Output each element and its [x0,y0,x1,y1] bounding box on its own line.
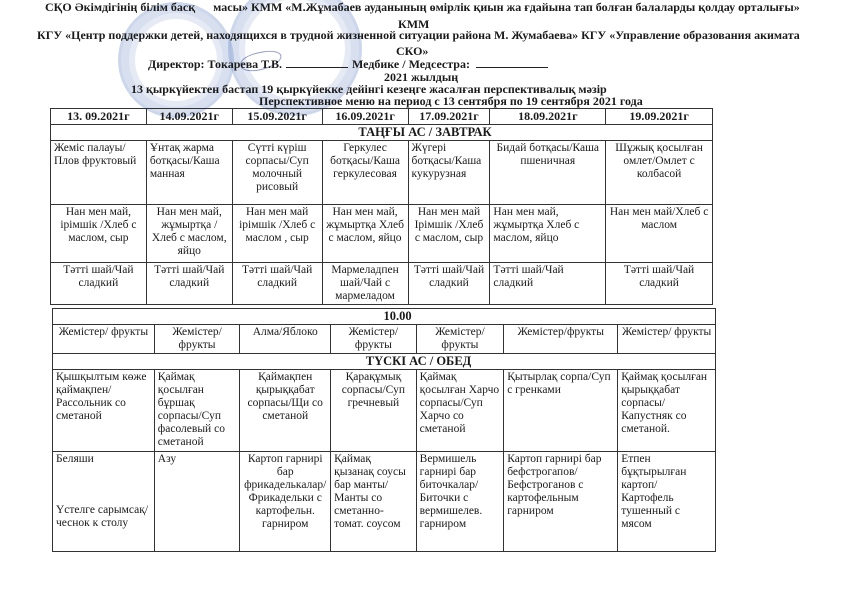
menu-cell: Қаймақ қосылған Харчо сорпасы/Суп Харчо … [416,370,504,452]
section-title: 10.00 [53,309,716,325]
menu-cell: Нан мен май, ірімшік /Хлеб с маслом, сыр [51,205,147,263]
menu-cell: Қаймақ қосылған қырыққабат сорпасы/ Капу… [618,370,716,452]
table-row: Қышқылтым көже қаймақпен/ Рассольник со … [53,370,716,452]
menu-cell: Нан мен май ірімшік /Хлеб с маслом , сыр [232,205,322,263]
menu-cell: Нан мен май, жұмыртқа Хлеб с маслом, яйц… [490,205,606,263]
menu-cell: Азу [154,452,240,552]
menu-cell: Ұнтақ жарма ботқасы/Каша манная [146,141,232,205]
menu-cell: Нан мен май Ірімшік /Хлеб с маслом, сыр [408,205,490,263]
menu-cell: Тәтті шай/Чай сладкий [51,263,147,305]
menu-cell: Жүгері ботқасы/Каша кукурузная [408,141,490,205]
breakfast-section-header: ТАҢҒЫ АС / ЗАВТРАК [51,125,713,141]
menu-cell: Картоп гарнирі бар фрикаделькалар/Фрикад… [240,452,331,552]
menu-cell: Қаймақ қызанақ соусы бар манты/Манты со … [331,452,417,552]
section-title: ТҮСКІ АС / ОБЕД [53,354,716,370]
table-row: Беляши Үстелге сарымсақ/ чеснок к столу … [53,452,716,552]
menu-cell: Бидай ботқасы/Каша пшеничная [490,141,606,205]
date-cell: 13. 09.2021г [51,109,147,125]
menu-cell: Қарақұмық сорпасы/Суп гречневый [331,370,417,452]
menu-cell: Тәтті шай/Чай сладкий [232,263,322,305]
header-sko: СКО» [396,44,428,58]
menu-cell: Нан мен май, жұмыртқа /Хлеб с маслом, яй… [146,205,232,263]
date-cell: 18.09.2021г [490,109,606,125]
menu-cell: Қаймақ қосылған бұршақ сорпасы/Суп фасол… [154,370,240,452]
header-org-ru: КГУ «Центр поддержки детей, находящихся … [37,28,800,42]
menu-cell: Нан мен май/Хлеб с маслом [606,205,713,263]
header-org-kz: СҚО Әкімдігінің білім басқмасы» КММ «М.Ж… [45,0,800,14]
snack-section-header: 10.00 [53,309,716,325]
menu-title-ru: Перспективное меню на период с 13 сентяб… [259,94,643,108]
menu-cell: Сүтті күріш сорпасы/Суп молочный рисовый [232,141,322,205]
breakfast-table: 13. 09.2021г 14.09.2021г 15.09.2021г 16.… [50,108,713,305]
menu-cell: Тәтті шай/Чай сладкий [146,263,232,305]
menu-cell: Нан мен май, жұмыртқа Хлеб с маслом, яйц… [322,205,408,263]
table-row: Тәтті шай/Чай сладкий Тәтті шай/Чай слад… [51,263,713,305]
menu-cell: Жемістер/ фрукты [154,325,240,354]
menu-cell: Шұжық қосылған омлет/Омлет с колбасой [606,141,713,205]
menu-cell: Тәтті шай/Чай сладкий [606,263,713,305]
date-cell: 17.09.2021г [408,109,490,125]
snack-lunch-table: 10.00 Жемістер/ фрукты Жемістер/ фрукты … [52,308,716,552]
menu-cell: Жемістер/ фрукты [53,325,155,354]
menu-cell: Мармеладпен шай/Чай с мармеладом [322,263,408,305]
menu-cell: Қаймақпен қырыққабат сорпасы/Щи со смета… [240,370,331,452]
menu-cell: Тәтті шай/Чай сладкий [490,263,606,305]
date-header-row: 13. 09.2021г 14.09.2021г 15.09.2021г 16.… [51,109,713,125]
menu-cell: Жемістер/ фрукты [618,325,716,354]
nurse-label: Медбике / Медсестра: [352,57,470,71]
menu-cell: Алма/Яблоко [240,325,331,354]
date-cell: 15.09.2021г [232,109,322,125]
table-row: Нан мен май, ірімшік /Хлеб с маслом, сыр… [51,205,713,263]
approval-line: Директор: Токарева Т.В.Медбике / Медсест… [148,57,548,71]
menu-cell: Жемістер/ фрукты [331,325,417,354]
section-title: ТАҢҒЫ АС / ЗАВТРАК [51,125,713,141]
director-signature-line [286,67,348,68]
date-cell: 19.09.2021г [606,109,713,125]
menu-cell: Тәтті шай/Чай сладкий [408,263,490,305]
menu-cell: Қытырлақ сорпа/Суп с гренками [504,370,618,452]
date-cell: 16.09.2021г [322,109,408,125]
date-cell: 14.09.2021г [146,109,232,125]
menu-cell: Беляши Үстелге сарымсақ/ чеснок к столу [53,452,155,552]
table-row: Жемістер/ фрукты Жемістер/ фрукты Алма/Я… [53,325,716,354]
menu-cell: Геркулес ботқасы/Каша геркулесовая [322,141,408,205]
menu-cell: Вермишель гарнирі бар биточкалар/ Биточк… [416,452,504,552]
table-note: Үстелге сарымсақ/ чеснок к столу [56,504,151,530]
menu-cell: Жемістер/ фрукты [416,325,504,354]
menu-cell: Жеміс палауы/Плов фруктовый [51,141,147,205]
nurse-signature-line [476,67,548,68]
menu-cell: Жемістер/фрукты [504,325,618,354]
table-row: Жеміс палауы/Плов фруктовый Ұнтақ жарма … [51,141,713,205]
menu-cell: Картоп гарнирі бар бефстрогапов/Бефстрог… [504,452,618,552]
director-label: Директор: Токарева Т.В. [148,57,282,71]
menu-cell: Етпен бұқтырылған картоп/ Картофель туше… [618,452,716,552]
menu-cell: Қышқылтым көже қаймақпен/ Рассольник со … [53,370,155,452]
lunch-section-header: ТҮСКІ АС / ОБЕД [53,354,716,370]
